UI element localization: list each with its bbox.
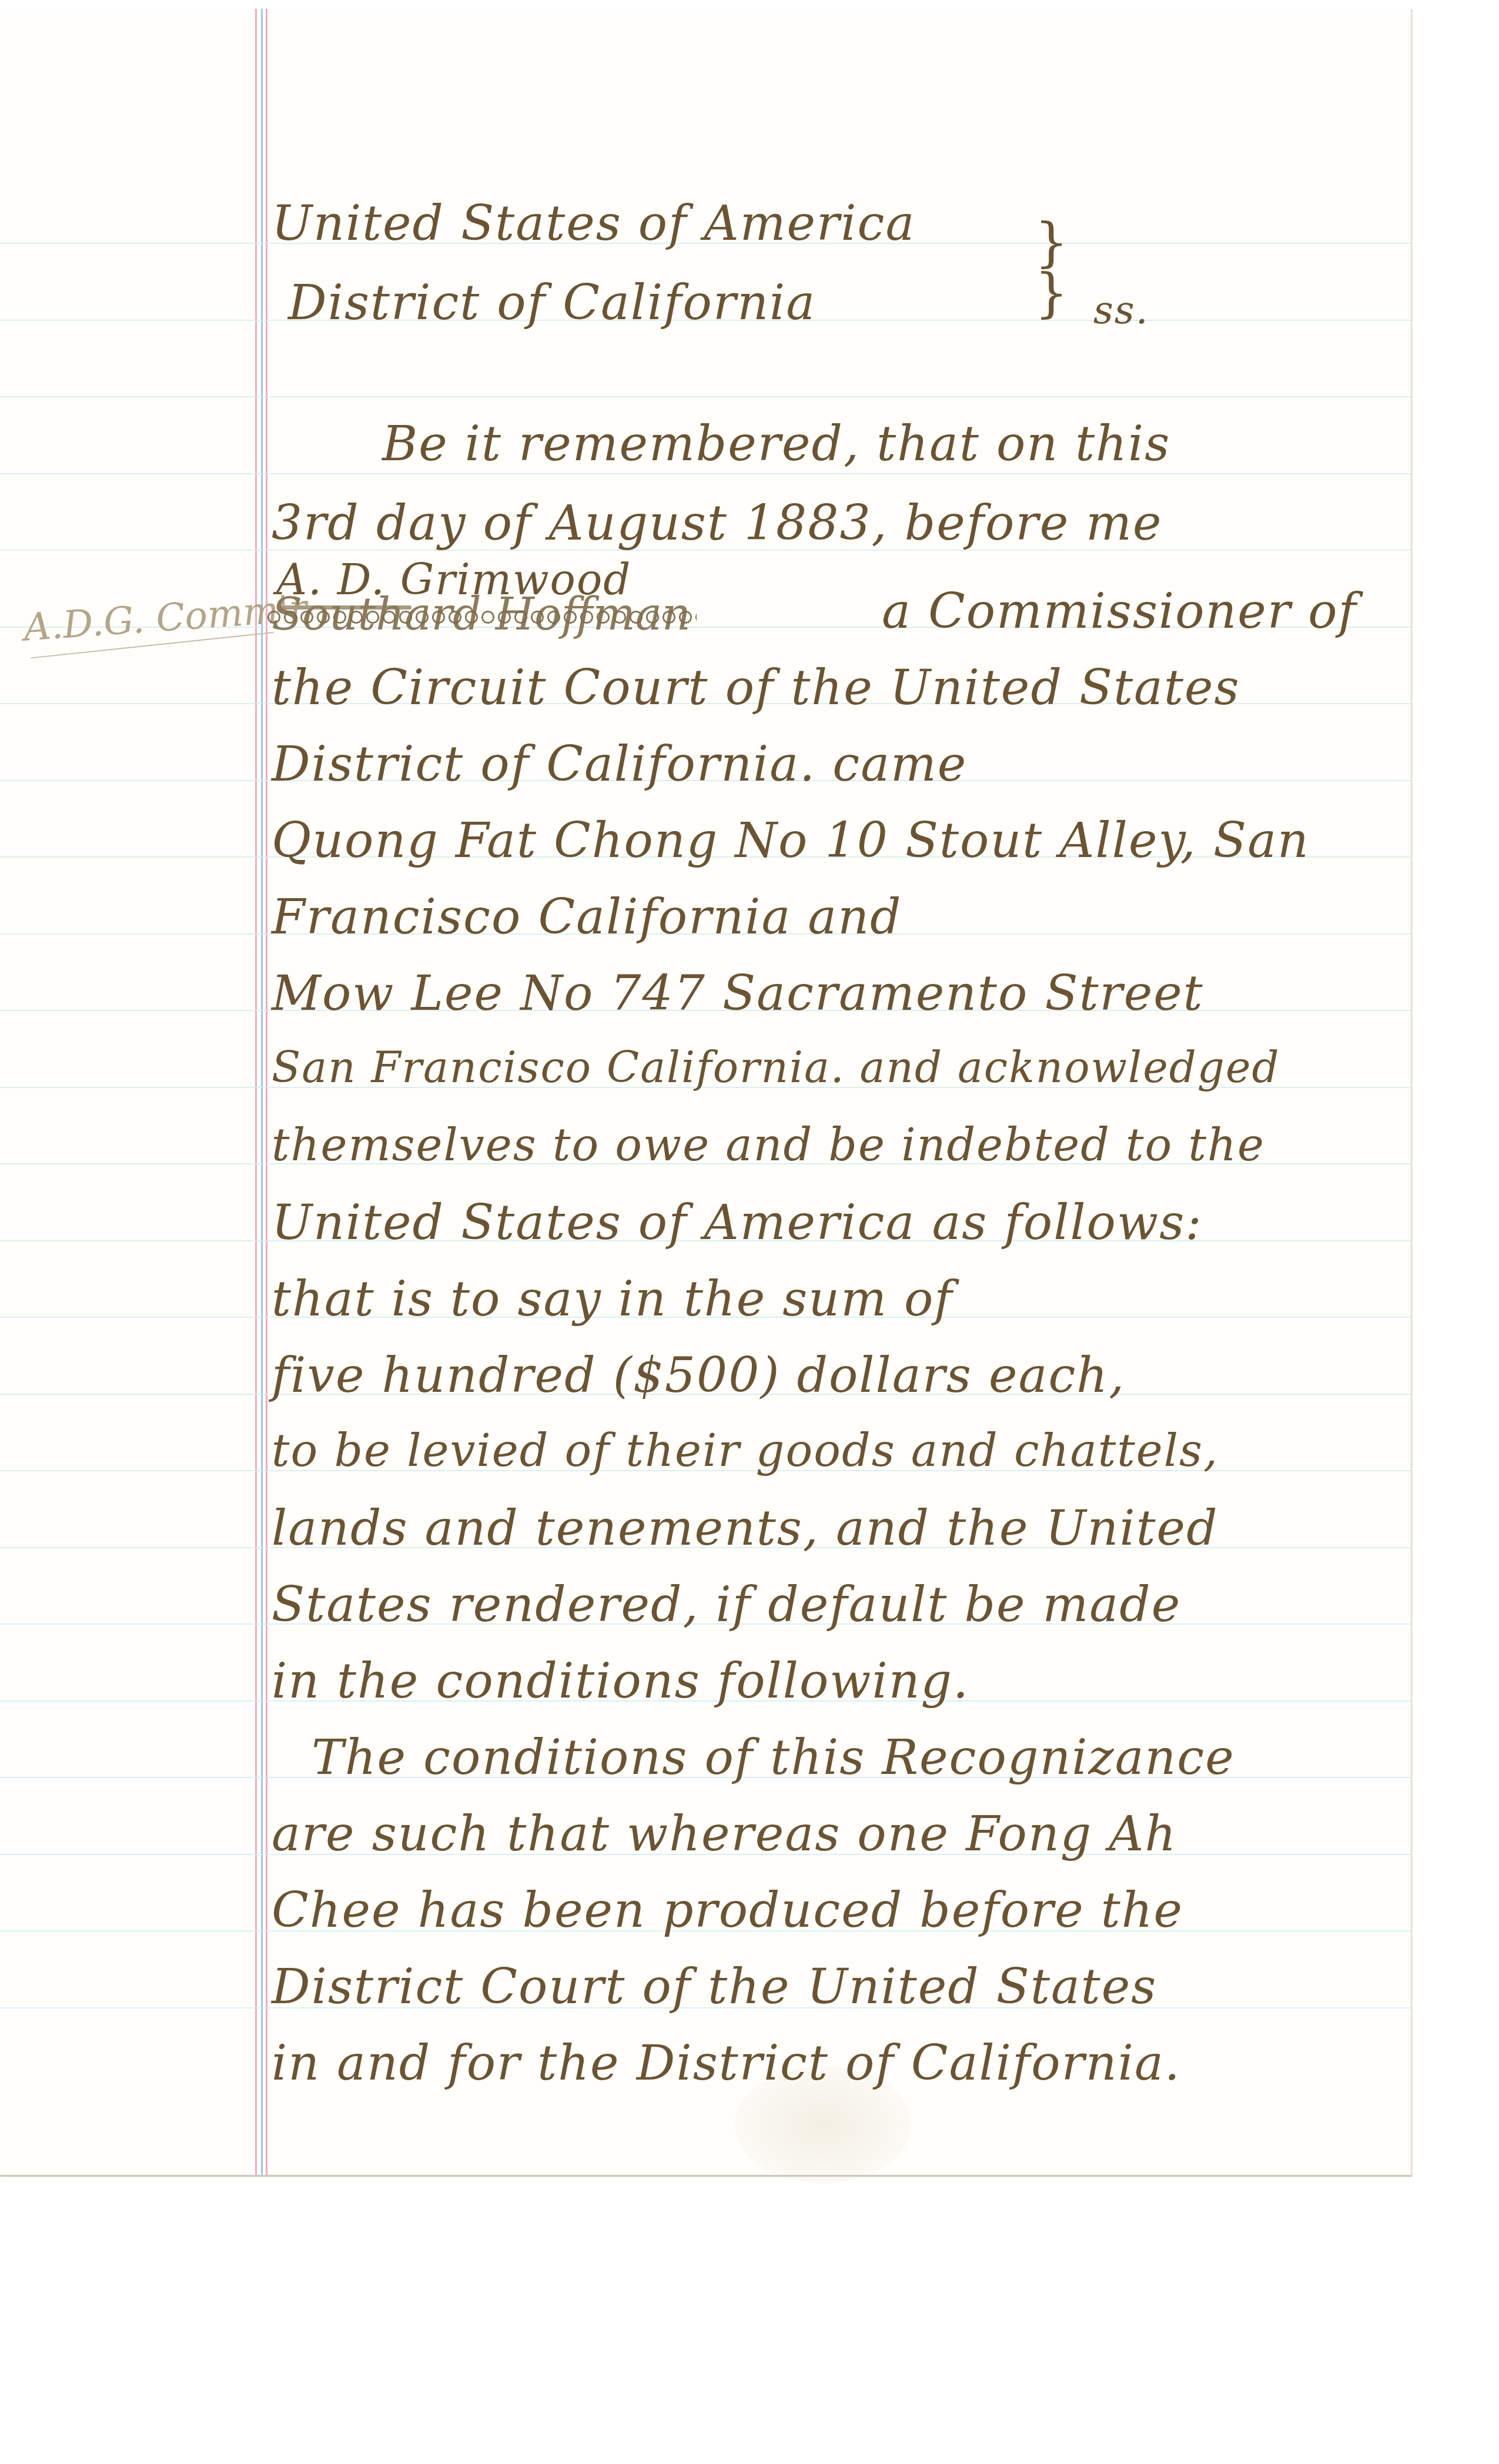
margin-line-blue [261,9,263,2175]
body-line-12: that is to say in the sum of [272,1275,953,1324]
venue-abbrev: ss. [1093,291,1149,330]
body-line-15: lands and tenements, and the United [272,1505,1219,1553]
manuscript-page: A.D.G. Comm'r United States of America D… [0,9,1412,2177]
body-line-9: San Francisco California. and acknowledg… [272,1046,1280,1089]
body-line-5: District of California. came [272,741,967,789]
body-line-16: States rendered, if default be made [272,1581,1181,1629]
margin-line-pink-right [266,9,267,2175]
body-line-19: are such that whereas one Fong Ah [272,1810,1177,1859]
caption-line-1: United States of America [272,200,915,248]
ruled-line [0,396,1411,397]
body-line-7: Francisco California and [272,893,902,942]
caption-line-2: District of California [288,279,816,327]
ruled-line [0,473,1411,474]
body-line-1: Be it remembered, that on this [382,420,1170,468]
body-line-3: a Commissioner of [882,588,1357,636]
body-line-11: United States of America as follows: [272,1199,1203,1247]
body-line-13: five hundred ($500) dollars each, [272,1352,1125,1400]
body-line-6: Quong Fat Chong No 10 Stout Alley, San [272,817,1310,865]
body-line-17: in the conditions following. [272,1658,969,1706]
body-line-14: to be levied of their goods and chattels… [272,1428,1219,1473]
body-line-22: in and for the District of California. [272,2040,1181,2088]
body-line-8: Mow Lee No 747 Sacramento Street [272,970,1204,1018]
body-line-21: District Court of the United States [272,1963,1157,2011]
body-line-10: themselves to owe and be indebted to the [272,1123,1265,1167]
margin-line-pink-left [255,9,257,2175]
strikethrough-scribble [266,610,697,625]
body-line-4: the Circuit Court of the United States [272,664,1240,712]
caption-brace: } } [1035,217,1068,318]
body-line-2: 3rd day of August 1883, before me [272,500,1163,548]
commissioner-name-struck: Southard Hoffman [272,588,691,640]
body-line-20: Chee has been produced before the [272,1887,1183,1935]
body-line-18: The conditions of this Recognizance [312,1734,1235,1782]
